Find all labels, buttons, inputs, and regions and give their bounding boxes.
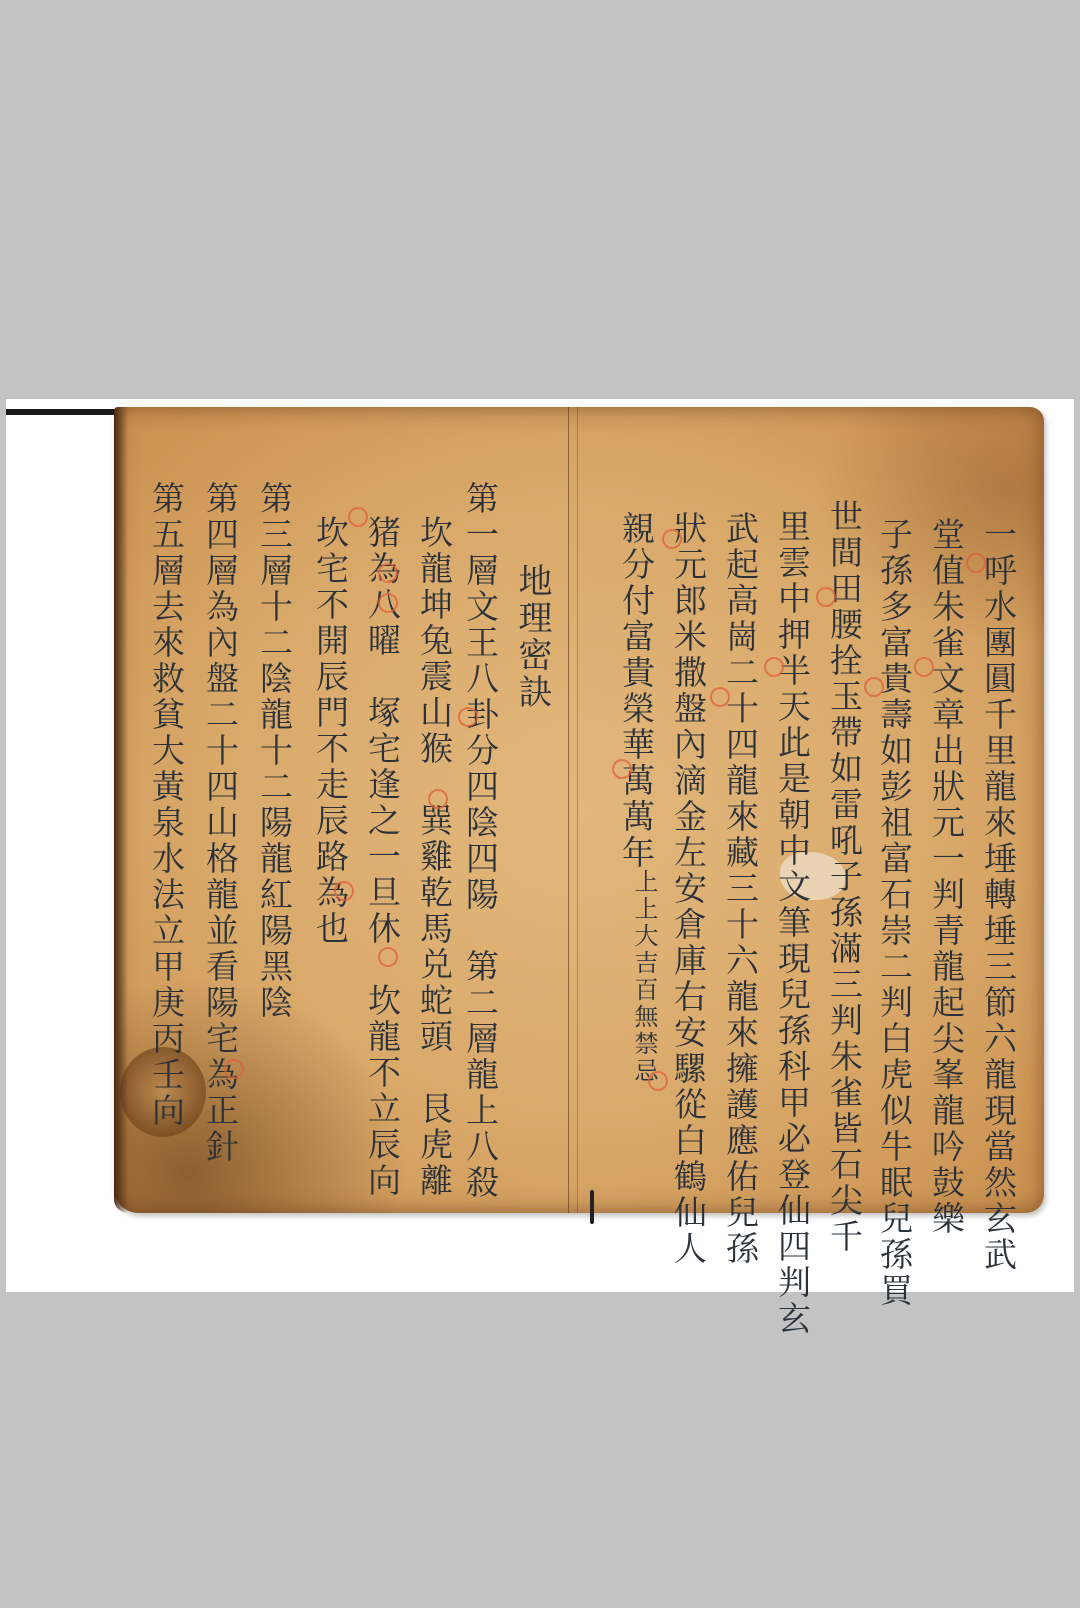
red-circle-mark bbox=[378, 563, 398, 583]
manuscript-spread: 地理密訣 第一層文王八卦分四陰四陽 第二層龍上八殺 坎龍坤兔震山猴 巽雞乾馬兑蛇… bbox=[114, 407, 1044, 1213]
red-circle-mark bbox=[378, 947, 398, 967]
text-column: 武起高崗二十四龍來藏三十六龍來擁護應佑兒孫 bbox=[720, 511, 760, 1267]
red-circle-mark bbox=[378, 593, 398, 613]
text-column: 坎龍坤兔震山猴 巽雞乾馬兑蛇頭 艮虎離 bbox=[414, 515, 454, 1199]
text-column: 狀元郎米撒盤內滴金左安倉庫右安騾從白鶴仙人 bbox=[668, 511, 708, 1267]
scan-frame: 地理密訣 第一層文王八卦分四陰四陽 第二層龍上八殺 坎龍坤兔震山猴 巽雞乾馬兑蛇… bbox=[6, 399, 1074, 1292]
red-circle-mark bbox=[864, 677, 884, 697]
right-page: 一呼水團圓千里龍來埵轉埵三節六龍現當然玄武 堂值朱雀文章出狀元一判青龍起尖峯龍吟… bbox=[584, 407, 1029, 1213]
text-column: 里雲中押半天此是朝中文筆現兒孫科甲必登仙四判玄 bbox=[772, 509, 812, 1337]
red-circle-mark bbox=[458, 707, 478, 727]
red-circle-mark bbox=[816, 587, 836, 607]
text-column: 第五層去來救貧大黃泉水法立甲庚丙壬向 bbox=[146, 481, 186, 1129]
text-column: 一呼水團圓千里龍來埵轉埵三節六龍現當然玄武 bbox=[978, 517, 1018, 1273]
text-column: 世間田腰拴玉帶如雷吼子孫滿三判朱雀皆石尖千 bbox=[824, 499, 864, 1255]
scan-edge-strip bbox=[6, 409, 124, 415]
text-column: 子孫多富貴壽如彭祖富石崇二判白虎似牛眠兒孫買 bbox=[874, 517, 914, 1309]
red-circle-mark bbox=[224, 1059, 244, 1079]
red-circle-mark bbox=[966, 553, 986, 573]
red-circle-mark bbox=[612, 759, 632, 779]
red-circle-mark bbox=[648, 1071, 668, 1091]
text-column: 猪為八曜 塚宅逢之一旦休 坎龍不立辰向 bbox=[362, 515, 402, 1199]
red-circle-mark bbox=[710, 687, 730, 707]
red-circle-mark bbox=[348, 507, 368, 527]
red-circle-mark bbox=[764, 657, 784, 677]
book-spine bbox=[568, 407, 578, 1213]
red-circle-mark bbox=[662, 529, 682, 549]
binding-thread bbox=[590, 1190, 594, 1224]
text-column: 堂值朱雀文章出狀元一判青龍起尖峯龍吟鼓樂 bbox=[926, 517, 966, 1237]
closing-note: 上上大吉百無禁忌 bbox=[624, 869, 664, 1085]
text-column: 親分付富貴榮華萬萬年 bbox=[616, 511, 656, 871]
text-column: 第一層文王八卦分四陰四陽 第二層龍上八殺 bbox=[460, 481, 500, 1201]
red-circle-mark bbox=[334, 881, 354, 901]
red-circle-mark bbox=[914, 657, 934, 677]
red-circle-mark bbox=[428, 789, 448, 809]
left-page: 地理密訣 第一層文王八卦分四陰四陽 第二層龍上八殺 坎龍坤兔震山猴 巽雞乾馬兑蛇… bbox=[128, 407, 568, 1213]
text-column: 第三層十二陰龍十二陽龍紅陽黑陰 bbox=[254, 481, 294, 1021]
manuscript-title: 地理密訣 bbox=[512, 563, 552, 711]
